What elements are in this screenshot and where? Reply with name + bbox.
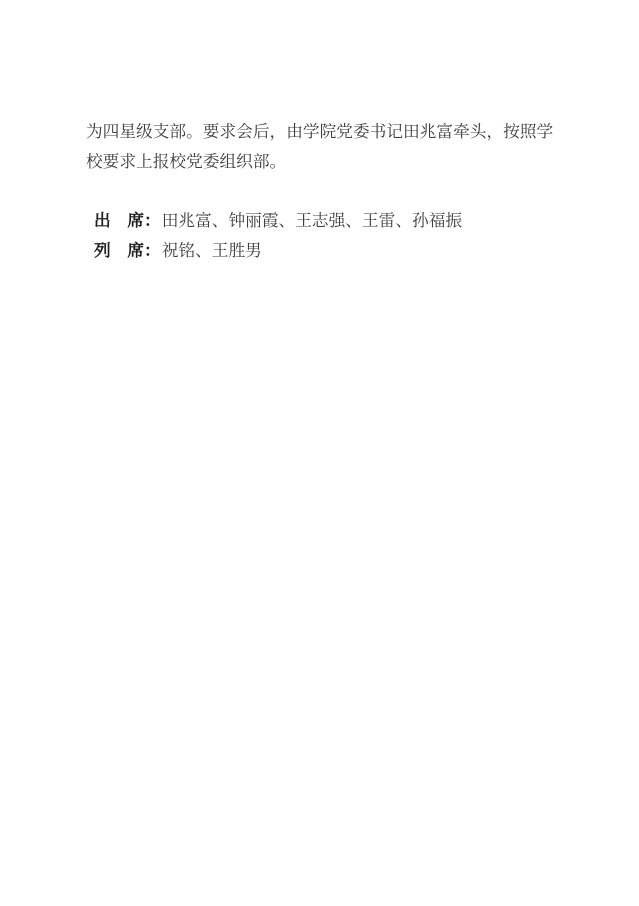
paragraph-line-1: 为四星级支部。要求会后，由学院党委书记田兆富牵头，按照学 <box>86 117 566 147</box>
attendees-names: 田兆富、钟丽霞、王志强、王雷、孙福振 <box>162 211 462 230</box>
observers-row: 列 席：祝铭、王胜男 <box>94 236 462 266</box>
document-page: 为四星级支部。要求会后，由学院党委书记田兆富牵头，按照学 校要求上报校党委组织部… <box>0 0 639 906</box>
body-paragraph: 为四星级支部。要求会后，由学院党委书记田兆富牵头，按照学 校要求上报校党委组织部… <box>86 117 566 176</box>
observers-names: 祝铭、王胜男 <box>162 241 262 260</box>
attendees-label: 出 席： <box>94 211 161 230</box>
observers-label: 列 席： <box>94 241 161 260</box>
paragraph-line-2: 校要求上报校党委组织部。 <box>86 147 566 177</box>
attendees-row: 出 席：田兆富、钟丽霞、王志强、王雷、孙福振 <box>94 206 462 236</box>
attendance-section: 出 席：田兆富、钟丽霞、王志强、王雷、孙福振 列 席：祝铭、王胜男 <box>94 206 462 266</box>
